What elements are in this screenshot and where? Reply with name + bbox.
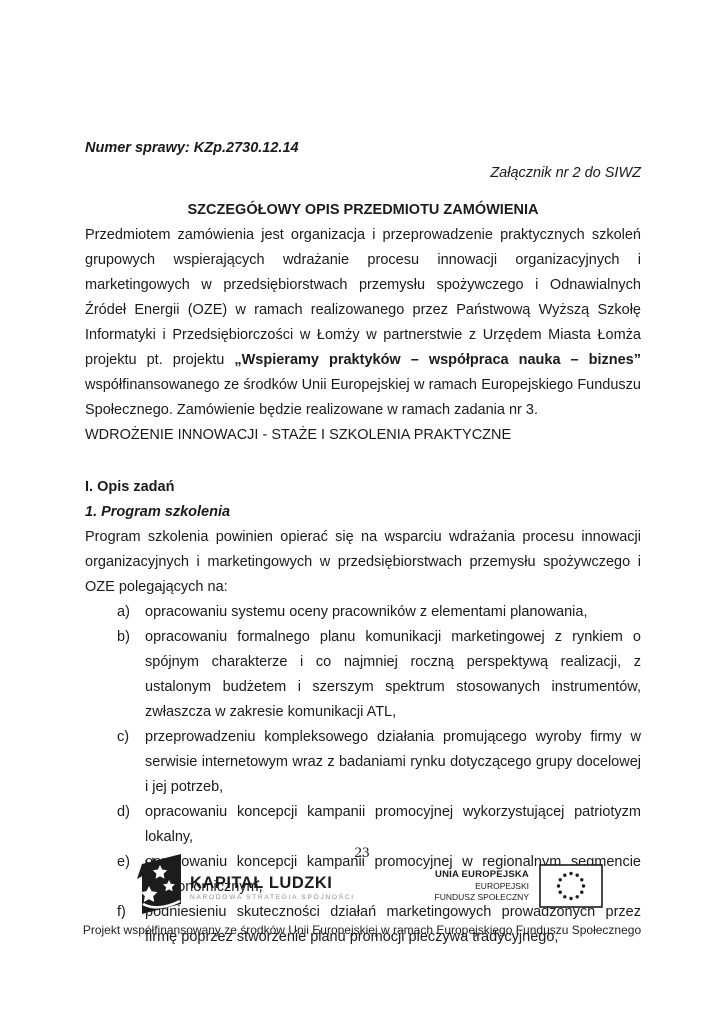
eu-logo-text: UNIA EUROPEJSKA EUROPEJSKI FUNDUSZ SPOŁE… — [435, 869, 529, 903]
document-page: { "header": { "case_number": "Numer spra… — [0, 0, 724, 1024]
footer-disclaimer: Projekt współfinansowany ze środków Unii… — [0, 923, 724, 937]
footer-logos: KAPITAŁ LUDZKI NARODOWA STRATEGIA SPÓJNO… — [133, 851, 603, 917]
list-item-text: opracowaniu systemu oceny pracowników z … — [145, 600, 641, 625]
section-subheading: 1. Program szkolenia — [85, 500, 641, 525]
section-heading: I. Opis zadań — [85, 475, 641, 500]
list-item-marker: a) — [117, 600, 145, 625]
project-title-bold: „Wspieramy praktyków – współpraca nauka … — [234, 352, 641, 368]
attachment-label: Załącznik nr 2 do SIWZ — [85, 161, 641, 186]
case-number: Numer sprawy: KZp.2730.12.14 — [85, 136, 641, 161]
eu-flag-icon — [539, 864, 603, 908]
list-item: a) opracowaniu systemu oceny pracowników… — [85, 600, 641, 625]
eu-logo: UNIA EUROPEJSKA EUROPEJSKI FUNDUSZ SPOŁE… — [435, 864, 603, 908]
list-item: c) przeprowadzeniu kompleksowego działan… — [85, 725, 641, 800]
program-paragraph: Program szkolenia powinien opierać się n… — [85, 525, 641, 600]
document-content: Numer sprawy: KZp.2730.12.14 Załącznik n… — [85, 136, 641, 950]
list-item-text: opracowaniu formalnego planu komunikacji… — [145, 625, 641, 725]
kapital-ludzki-text: KAPITAŁ LUDZKI NARODOWA STRATEGIA SPÓJNO… — [190, 874, 355, 901]
list-item-text: przeprowadzeniu kompleksowego działania … — [145, 725, 641, 800]
intro-paragraph: Przedmiotem zamówienia jest organizacja … — [85, 223, 641, 423]
kapital-ludzki-subtitle: NARODOWA STRATEGIA SPÓJNOŚCI — [190, 894, 355, 901]
kapital-ludzki-logo: KAPITAŁ LUDZKI NARODOWA STRATEGIA SPÓJNO… — [133, 852, 355, 916]
list-item: d) opracowaniu koncepcji kampanii promoc… — [85, 800, 641, 850]
list-item-marker: d) — [117, 800, 145, 825]
task-name-line: WDROŻENIE INNOWACJI - STAŻE I SZKOLENIA … — [85, 423, 641, 448]
eu-logo-line1: UNIA EUROPEJSKA — [435, 869, 529, 881]
list-item-marker: b) — [117, 625, 145, 650]
list-item: b) opracowaniu formalnego planu komunika… — [85, 625, 641, 725]
kapital-ludzki-title: KAPITAŁ LUDZKI — [190, 874, 355, 892]
eu-logo-line3: FUNDUSZ SPOŁECZNY — [435, 892, 529, 903]
list-item-text: opracowaniu koncepcji kampanii promocyjn… — [145, 800, 641, 850]
list-item-marker: c) — [117, 725, 145, 750]
page-title: SZCZEGÓŁOWY OPIS PRZEDMIOTU ZAMÓWIENIA — [85, 198, 641, 223]
eu-logo-line2: EUROPEJSKI — [475, 881, 529, 892]
intro-paragraph-pre: Przedmiotem zamówienia jest organizacja … — [85, 227, 641, 368]
kapital-ludzki-flag-icon — [133, 852, 183, 916]
intro-paragraph-post: współfinansowanego ze środków Unii Europ… — [85, 377, 641, 418]
